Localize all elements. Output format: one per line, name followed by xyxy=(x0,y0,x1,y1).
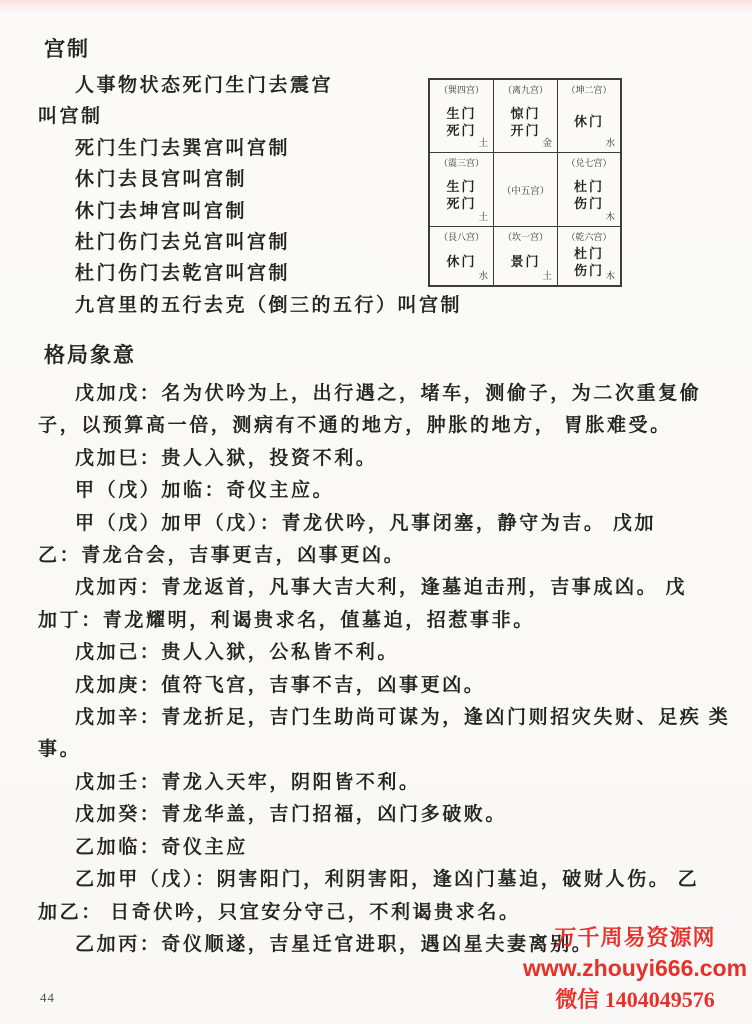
watermark-url: www.zhouyi666.com xyxy=(520,953,750,984)
text-line: 戊加己：贵人入狱，公私皆不利。 xyxy=(38,637,738,669)
text-line: 人事物状态死门生门去震宫 xyxy=(38,70,430,101)
palace-cell: （巽四宫）生门死门土 xyxy=(430,80,494,153)
door-name: 生门 xyxy=(446,106,476,123)
text-line: 甲（戊）加甲（戊）：青龙伏吟，凡事闭塞，静守为吉。 戊加 xyxy=(38,508,738,540)
door-name: 杜门 xyxy=(574,179,604,196)
palace-cell: （兑七宫）杜门伤门木 xyxy=(558,153,620,227)
text-line: 事。 xyxy=(38,734,738,766)
door-name: 休门 xyxy=(574,114,604,131)
door-name: 生门 xyxy=(446,179,476,196)
palace-cell: （中五宫） xyxy=(494,153,558,227)
page-number: 44 xyxy=(40,990,55,1006)
door-name: 杜门 xyxy=(574,246,604,263)
palace-cell: （坎一宫）景门土 xyxy=(494,227,558,285)
element-label: 水 xyxy=(478,268,488,282)
section-gongzhi: 宫制 人事物状态死门生门去震宫叫宫制死门生门去巽宫叫宫制休门去艮宫叫宫制休门去坤… xyxy=(38,34,430,321)
text-line: 杜门伤门去乾宫叫宫制 xyxy=(38,258,430,289)
element-label: 木 xyxy=(605,209,615,223)
door-name: 惊门 xyxy=(510,106,540,123)
palace-cell: （震三宫）生门死门土 xyxy=(430,153,494,227)
text-line: 杜门伤门去兑宫叫宫制 xyxy=(38,227,430,258)
door-name: 死门 xyxy=(446,123,476,140)
text-line: 戊加庚：值符飞宫，吉事不吉，凶事更凶。 xyxy=(38,670,738,702)
scan-edge-tint xyxy=(0,0,752,12)
text-line: 甲（戊）加临：奇仪主应。 xyxy=(38,475,738,507)
gongzhi-lines: 人事物状态死门生门去震宫叫宫制死门生门去巽宫叫宫制休门去艮宫叫宫制休门去坤宫叫宫… xyxy=(38,70,430,321)
text-line: 九宫里的五行去克（倒三的五行）叫宫制 xyxy=(38,290,430,321)
palace-cell: （离九宫）惊门开门金 xyxy=(494,80,558,153)
section-title-geju: 格局象意 xyxy=(44,340,738,370)
watermark-wechat: 微信 1404049576 xyxy=(520,984,750,1015)
door-name: 伤门 xyxy=(574,196,604,213)
text-line: 子，以预算高一倍，测病有不通的地方，肿胀的地方， 胃胀难受。 xyxy=(38,410,738,442)
text-line: 休门去坤宫叫宫制 xyxy=(38,196,430,227)
door-name: 休门 xyxy=(446,254,476,271)
element-label: 土 xyxy=(542,268,552,282)
text-line: 加丁：青龙耀明，利谒贵求名，值墓迫，招惹事非。 xyxy=(38,605,738,637)
text-line: 叫宫制 xyxy=(38,101,430,132)
text-line: 戊加辛：青龙折足，吉门生助尚可谋为，逢凶门则招灾失财、足疾 类 xyxy=(38,702,738,734)
element-label: 水 xyxy=(605,135,615,149)
element-label: 土 xyxy=(478,135,488,149)
palace-cell: （坤二宫）休门水 xyxy=(558,80,620,153)
text-line: 戊加癸：青龙华盖，吉门招福，凶门多破败。 xyxy=(38,799,738,831)
geju-lines: 戊加戊：名为伏吟为上，出行遇之，堵车，测偷子，为二次重复偷子，以预算高一倍，测病… xyxy=(38,378,738,961)
section-title-gongzhi: 宫制 xyxy=(44,34,430,64)
door-name: 开门 xyxy=(510,123,540,140)
palace-name: （中五宫） xyxy=(494,183,557,197)
document-page: 宫制 人事物状态死门生门去震宫叫宫制死门生门去巽宫叫宫制休门去艮宫叫宫制休门去坤… xyxy=(0,0,752,1024)
text-line: 戊加戊：名为伏吟为上，出行遇之，堵车，测偷子，为二次重复偷 xyxy=(38,378,738,410)
section-geju: 格局象意 戊加戊：名为伏吟为上，出行遇之，堵车，测偷子，为二次重复偷子，以预算高… xyxy=(38,340,738,961)
element-label: 土 xyxy=(478,209,488,223)
text-line: 死门生门去巽宫叫宫制 xyxy=(38,133,430,164)
text-line: 戊加巳：贵人入狱，投资不利。 xyxy=(38,443,738,475)
text-line: 戊加丙：青龙返首，凡事大吉大利，逢墓迫击刑，吉事成凶。 戊 xyxy=(38,572,738,604)
door-name: 死门 xyxy=(446,196,476,213)
text-line: 戊加壬：青龙入天牢，阴阳皆不利。 xyxy=(38,767,738,799)
palace-cell: （艮八宫）休门水 xyxy=(430,227,494,285)
door-name: 伤门 xyxy=(574,263,604,280)
nine-palace-table: （巽四宫）生门死门土（离九宫）惊门开门金（坤二宫）休门水（震三宫）生门死门土（中… xyxy=(428,78,622,287)
element-label: 木 xyxy=(605,268,615,282)
text-line: 乙加甲（戊）：阴害阳门，利阴害阳，逢凶门墓迫，破财人伤。 乙 xyxy=(38,864,738,896)
text-line: 乙加临：奇仪主应 xyxy=(38,832,738,864)
watermark: 万千周易资源网 www.zhouyi666.com 微信 1404049576 xyxy=(520,922,750,1015)
watermark-site-name: 万千周易资源网 xyxy=(520,922,750,953)
text-line: 乙：青龙合会，吉事更吉，凶事更凶。 xyxy=(38,540,738,572)
element-label: 金 xyxy=(542,135,552,149)
door-name: 景门 xyxy=(510,254,540,271)
palace-cell: （乾六宫）杜门伤门木 xyxy=(558,227,620,285)
text-line: 休门去艮宫叫宫制 xyxy=(38,164,430,195)
